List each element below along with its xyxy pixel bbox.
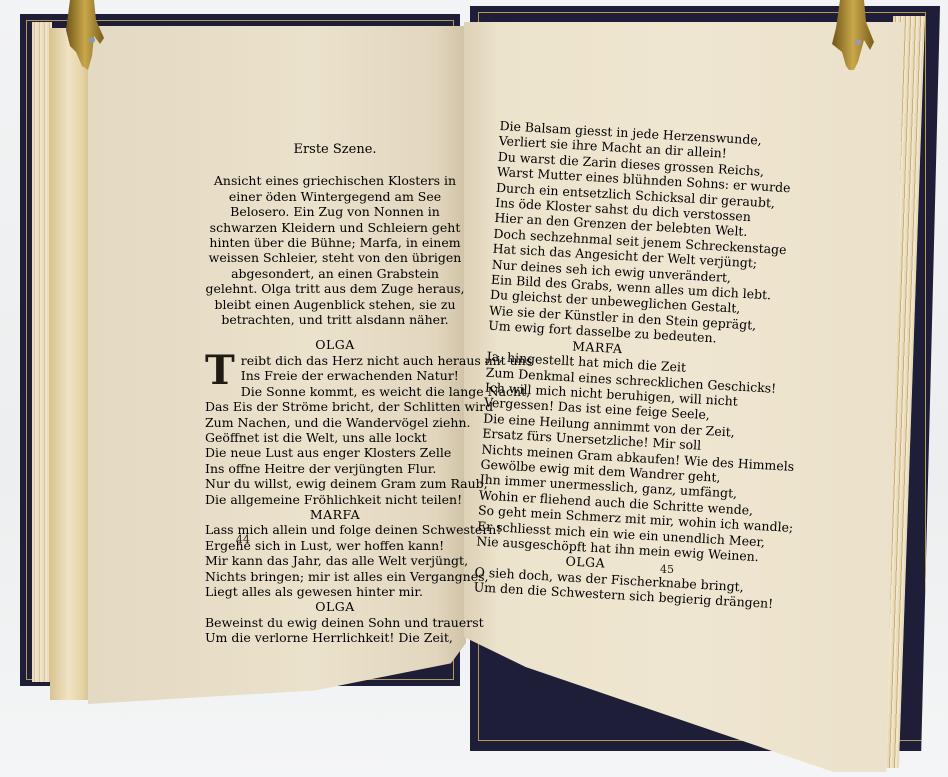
verse-line: Ins Freie der erwachenden Natur! [205,368,465,383]
brass-hand-clip-icon [60,0,106,70]
speaker-name: MARFA [205,507,465,522]
verse-line: Mir kann das Jahr, das alle Welt verjüng… [205,553,465,568]
speaker-name: OLGA [205,599,465,614]
verse-line: Um die verlorne Herrlichkeit! Die Zeit, [205,630,465,645]
verse-line: Ins offne Heitre der verjüngten Flur. [205,461,465,476]
page-number-right: 45 [660,563,674,576]
stage-direction: Ansicht eines griechischen Klosters in e… [205,173,465,327]
verse-line: Nichts bringen; mir ist alles ein Vergan… [205,569,465,584]
verse-line: Die allgemeine Fröhlichkeit nicht teilen… [205,492,465,507]
verse-line: Zum Nachen, und die Wandervögel ziehn. [205,415,465,430]
brass-hand-clip-icon [828,0,874,70]
verse-line: Geöffnet ist die Welt, uns alle lockt [205,430,465,445]
verse-line: Die neue Lust aus enger Klosters Zelle [205,445,465,460]
verse-line: reibt dich das Herz nicht auch heraus mi… [205,353,465,368]
left-page-text: Erste Szene. Ansicht eines griechischen … [205,142,465,646]
scene-heading: Erste Szene. [205,142,465,157]
verse-line: Nur du willst, ewig deinem Gram zum Raub… [205,476,465,491]
verse-line: Das Eis der Ströme bricht, der Schlitten… [205,399,465,414]
page-block-left [32,22,52,682]
right-page-text: Die Balsam giesst in jede Herzenswunde, … [473,118,815,612]
drop-cap: T [205,353,235,389]
verse-line: Beweinst du ewig deinen Sohn und trauers… [205,615,465,630]
speaker-name: OLGA [205,337,465,352]
page-number-left: 44 [236,533,250,546]
verse-line: Die Sonne kommt, es weicht die lange Nac… [205,384,465,399]
verse-line: Liegt alles als gewesen hinter mir. [205,584,465,599]
